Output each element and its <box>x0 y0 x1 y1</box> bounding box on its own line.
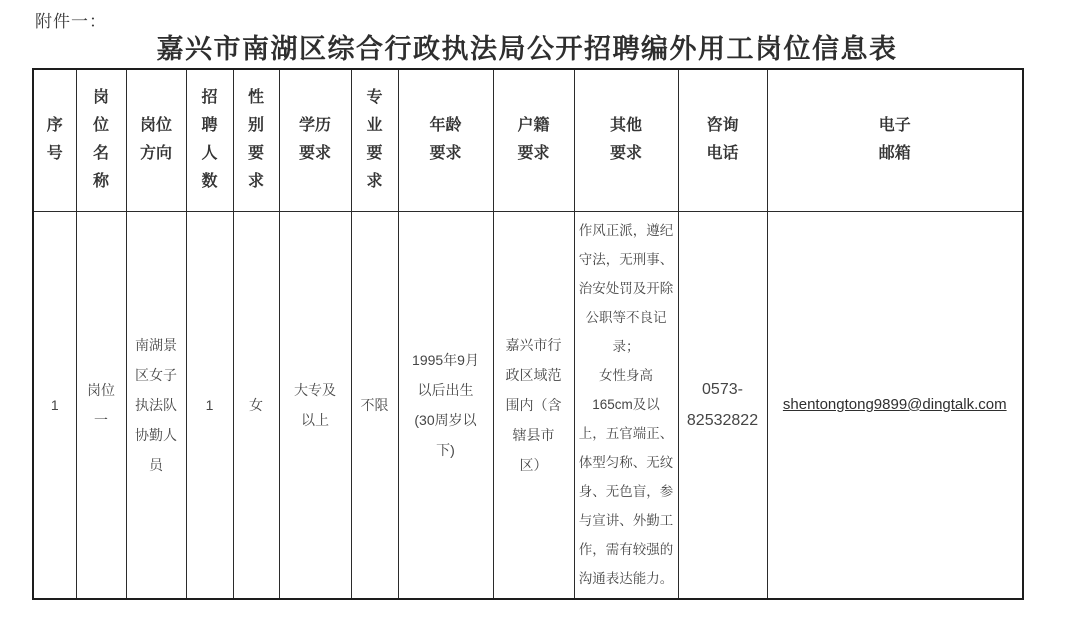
header-major-requirement: 专 业 要 求 <box>351 69 398 211</box>
header-household-requirement: 户籍 要求 <box>493 69 574 211</box>
page-title: 嘉兴市南湖区综合行政执法局公开招聘编外用工岗位信息表 <box>32 27 1022 66</box>
cell-age-requirement: 1995年9月 以后出生 (30周岁以 下) <box>398 211 493 599</box>
header-contact-phone: 咨询 电话 <box>678 69 767 211</box>
header-position-name: 岗 位 名 称 <box>76 69 126 211</box>
cell-other-requirement: 作风正派，遵纪 守法，无刑事、 治安处罚及开除 公职等不良记 录； 女性身高 1… <box>574 211 678 599</box>
header-row: 序 号 岗 位 名 称 岗位 方向 招 聘 人 数 性 别 要 求 学历 要求 … <box>33 69 1023 211</box>
cell-email: shentongtong9899@dingtalk.com <box>767 211 1023 599</box>
cell-position-name: 岗位 一 <box>76 211 126 599</box>
header-recruit-count: 招 聘 人 数 <box>186 69 233 211</box>
table-row: 1 岗位 一 南湖景 区女子 执法队 协勤人 员 1 女 大专及 以上 不限 1… <box>33 211 1023 599</box>
header-serial-number: 序 号 <box>33 69 76 211</box>
job-info-table: 序 号 岗 位 名 称 岗位 方向 招 聘 人 数 性 别 要 求 学历 要求 … <box>32 68 1024 600</box>
cell-contact-phone: 0573- 82532822 <box>678 211 767 599</box>
header-gender-requirement: 性 别 要 求 <box>233 69 279 211</box>
email-link[interactable]: shentongtong9899@dingtalk.com <box>783 396 1007 413</box>
header-email: 电子 邮箱 <box>767 69 1023 211</box>
cell-education-requirement: 大专及 以上 <box>279 211 351 599</box>
header-other-requirement: 其他 要求 <box>574 69 678 211</box>
header-position-direction: 岗位 方向 <box>126 69 186 211</box>
cell-gender-requirement: 女 <box>233 211 279 599</box>
cell-household-requirement: 嘉兴市行 政区域范 围内（含 辖县市 区） <box>493 211 574 599</box>
cell-position-direction: 南湖景 区女子 执法队 协勤人 员 <box>126 211 186 599</box>
cell-major-requirement: 不限 <box>351 211 398 599</box>
header-education-requirement: 学历 要求 <box>279 69 351 211</box>
cell-serial-number: 1 <box>33 211 76 599</box>
header-age-requirement: 年龄 要求 <box>398 69 493 211</box>
cell-recruit-count: 1 <box>186 211 233 599</box>
